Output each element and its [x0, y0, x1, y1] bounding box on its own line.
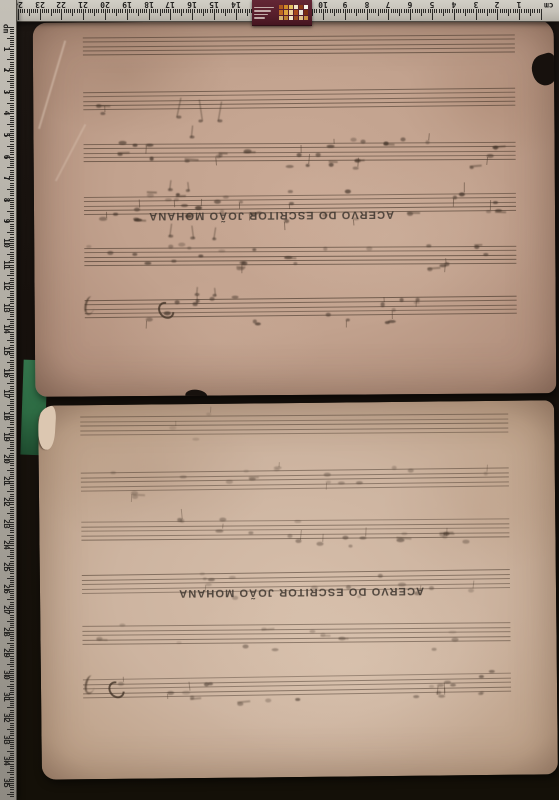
note-blob: [458, 192, 464, 196]
ruler-tick: [10, 617, 14, 618]
ruler-tick: [378, 9, 379, 16]
note-blob: [132, 252, 137, 256]
ruler-tick: [10, 137, 14, 138]
ruler-tick: [212, 9, 213, 13]
ruler-tick: [7, 664, 14, 665]
note-stem: [239, 203, 240, 210]
ruler-tick: [10, 690, 14, 691]
ruler-tick: [10, 409, 14, 410]
note-blob: [468, 588, 474, 592]
ruler-tick: [10, 727, 14, 728]
ruler-tick: [7, 556, 14, 557]
note-blob: [172, 259, 176, 263]
ruler-left-unit-label: cm: [1, 24, 10, 34]
ruler-left-number: 23: [2, 517, 10, 531]
ruler-tick: [90, 9, 91, 13]
note-stem: [299, 530, 301, 540]
ruler-tick: [10, 174, 14, 175]
beam-stroke: [237, 700, 250, 703]
ruler-left-number: 25: [2, 560, 10, 574]
ruler-tick: [164, 9, 165, 13]
ruler-tick: [10, 249, 14, 250]
ruler-tick: [380, 9, 381, 13]
ruler-tick: [10, 224, 14, 225]
ruler-tick: [362, 9, 363, 13]
ruler-tick: [495, 9, 496, 13]
ruler-tick: [199, 9, 200, 13]
ruler-tick: [10, 105, 14, 106]
ruler-tick: [541, 9, 542, 20]
ruler-tick: [10, 293, 14, 294]
ruler-tick: [7, 643, 14, 644]
staff-line: [83, 47, 515, 51]
note-stem: [131, 494, 133, 502]
ruler-tick: [249, 9, 250, 13]
ruler-tick: [74, 9, 75, 13]
ruler-tick: [10, 662, 14, 663]
staff-group: [38, 400, 554, 405]
ruler-tick: [10, 474, 14, 475]
note-blob: [426, 140, 430, 144]
ruler-tick: [79, 9, 80, 13]
ruler-tick: [10, 515, 14, 516]
ruler-tick: [10, 66, 14, 67]
ruler-tick: [10, 295, 14, 296]
beam-stroke: [117, 152, 129, 154]
note-blob: [242, 645, 248, 649]
note-blob: [329, 162, 334, 166]
ruler-tick: [61, 9, 62, 20]
note-blob: [493, 201, 498, 204]
ruler-tick: [524, 9, 525, 13]
note-blob: [429, 586, 435, 590]
color-patch: [294, 5, 298, 10]
ruler-tick: [452, 9, 453, 13]
ruler-tick: [179, 9, 180, 13]
ruler-tick: [7, 124, 14, 125]
ruler-tick: [467, 9, 468, 13]
ruler-tick: [423, 9, 424, 13]
note-stem: [284, 222, 286, 230]
ruler-top-number: 18: [142, 0, 156, 8]
ruler-tick: [447, 9, 448, 13]
color-patch: [279, 5, 283, 10]
ruler-top-number: 19: [120, 0, 134, 8]
ruler-tick: [391, 9, 392, 13]
ruler-left-number: 32: [2, 711, 10, 725]
ruler-tick: [10, 753, 14, 754]
color-patch: [304, 16, 308, 21]
ruler-tick: [10, 87, 14, 88]
note-stem: [365, 527, 367, 537]
ruler-tick: [57, 9, 58, 13]
ruler-tick: [160, 9, 161, 16]
ruler-tick: [162, 9, 163, 13]
ruler-top-number: 10: [316, 0, 330, 8]
ruler-tick: [10, 688, 14, 689]
ruler-tick: [340, 9, 341, 13]
ruler-tick: [136, 9, 137, 13]
beam-stroke: [407, 212, 420, 214]
ruler-left-number: 10: [2, 236, 10, 250]
ruler-tick: [37, 9, 38, 13]
ruler-tick: [10, 161, 14, 162]
ruler-tick: [537, 9, 538, 13]
ruler-tick: [371, 9, 372, 13]
note-blob: [200, 572, 205, 575]
music-staff: [81, 467, 509, 492]
ruler-tick: [10, 116, 14, 117]
note-blob: [176, 641, 182, 644]
ruler-tick: [27, 9, 28, 13]
note-blob: [208, 682, 214, 685]
ruler-tick: [72, 9, 73, 16]
ruler-tick: [245, 9, 246, 13]
ruler-tick: [10, 141, 14, 142]
pencil-scribble-head: [212, 237, 217, 240]
note-blob: [182, 691, 189, 695]
ruler-tick: [10, 321, 14, 322]
staff-line: [84, 159, 516, 162]
note-blob: [408, 468, 414, 472]
ruler-tick: [218, 9, 219, 13]
ruler-tick: [421, 9, 422, 16]
note-stem: [146, 320, 148, 328]
ruler-left-number: 20: [2, 452, 10, 466]
ruler-tick: [142, 9, 143, 13]
ruler-tick: [227, 9, 228, 13]
ruler-top-unit-label: cm: [544, 1, 554, 10]
pencil-scribble-head: [218, 119, 223, 122]
ruler-left-number: 26: [2, 582, 10, 596]
ruler-tick: [10, 165, 14, 166]
ruler-tick: [10, 537, 14, 538]
ruler-tick: [10, 40, 14, 41]
note-blob: [342, 535, 348, 539]
beam-stroke: [339, 637, 349, 639]
color-patch: [279, 16, 283, 21]
ruler-tick: [508, 9, 509, 16]
ruler-tick: [401, 9, 402, 13]
note-blob: [100, 112, 106, 116]
ruler-tick: [10, 705, 14, 706]
ruler-tick: [10, 33, 14, 34]
note-stem: [429, 133, 431, 140]
ruler-tick: [98, 9, 99, 13]
note-blob: [438, 695, 445, 698]
note-blob: [149, 157, 153, 161]
ruler-tick: [42, 9, 43, 13]
ruler-tick: [7, 319, 14, 320]
ruler-tick: [532, 9, 533, 13]
note-stem: [300, 145, 301, 153]
ruler-top-number: 6: [403, 0, 417, 8]
ruler-tick: [122, 9, 123, 13]
note-blob: [361, 140, 366, 144]
ruler-tick: [10, 595, 14, 596]
ruler-tick: [129, 9, 130, 13]
ruler-tick: [10, 144, 14, 145]
ruler-tick: [10, 131, 14, 132]
ruler-tick: [10, 204, 14, 205]
ruler-tick: [10, 57, 14, 58]
note-blob: [324, 473, 331, 477]
ruler-left: cm 1234567891011121314151617181920212223…: [0, 0, 17, 800]
ruler-left-number: 5: [2, 128, 10, 142]
ruler-tick: [96, 9, 97, 13]
ruler-tick: [10, 226, 14, 227]
ruler-tick: [10, 768, 14, 769]
ruler-tick: [360, 9, 361, 13]
beam-stroke: [176, 194, 186, 196]
color-patch: [284, 10, 288, 15]
ruler-tick: [10, 625, 14, 626]
ruler-tick: [463, 9, 464, 13]
ruler-tick: [412, 9, 413, 13]
color-patch: [294, 10, 298, 15]
ruler-tick: [487, 9, 488, 16]
ruler-tick: [10, 170, 14, 171]
ruler-tick: [29, 9, 30, 16]
ruler-tick: [10, 517, 14, 518]
ruler-tick: [10, 316, 14, 317]
note-blob: [484, 471, 488, 475]
ruler-tick: [456, 9, 457, 13]
ruler-left-number: 28: [2, 625, 10, 639]
note-blob: [181, 204, 188, 208]
ruler-tick: [7, 146, 14, 147]
ruler-tick: [10, 126, 14, 127]
archive-stamp: ACERVO DO ESCRITOR JOÃO MOHANA: [192, 585, 424, 599]
ruler-tick: [40, 9, 41, 20]
ruler-left-number: 7: [2, 171, 10, 185]
ruler-tick: [497, 9, 498, 20]
ruler-left-number: 19: [2, 430, 10, 444]
note-blob: [87, 245, 92, 248]
ruler-tick: [114, 9, 115, 13]
ruler-tick: [10, 118, 14, 119]
color-target-text-line: [254, 10, 271, 12]
color-patch: [299, 10, 303, 15]
ruler-tick: [31, 9, 32, 13]
ruler-tick: [7, 772, 14, 773]
ruler-tick: [64, 9, 65, 13]
beam-stroke: [427, 266, 440, 268]
ruler-tick: [53, 9, 54, 13]
color-target-text-line: [254, 14, 268, 16]
ruler-left-number: 31: [2, 690, 10, 704]
ruler-top-number: 8: [360, 0, 374, 8]
ruler-left-number: 14: [2, 322, 10, 336]
ruler-tick: [149, 9, 150, 20]
staff-line: [83, 636, 511, 641]
ruler-tick: [7, 470, 14, 471]
ruler-top-number: 2: [490, 0, 504, 8]
ruler-tick: [7, 535, 14, 536]
ruler-tick: [10, 94, 14, 95]
ruler-left-number: 27: [2, 603, 10, 617]
note-blob: [133, 144, 137, 147]
music-staff: [83, 34, 515, 55]
ruler-tick: [332, 9, 333, 13]
ruler-left-number: 9: [2, 214, 10, 228]
ruler-tick: [10, 44, 14, 45]
ruler-tick: [10, 509, 14, 510]
ruler-tick: [10, 152, 14, 153]
ruler-tick: [7, 383, 14, 384]
ruler-tick: [10, 55, 14, 56]
ruler-tick: [526, 9, 527, 13]
ruler-tick: [10, 258, 14, 259]
ruler-tick: [10, 31, 14, 32]
ruler-tick: [10, 666, 14, 667]
ruler-tick: [343, 9, 344, 13]
ruler-tick: [10, 109, 14, 110]
ruler-tick: [7, 491, 14, 492]
ruler-tick: [10, 489, 14, 490]
ruler-tick: [10, 139, 14, 140]
ruler-left-number: 30: [2, 668, 10, 682]
ruler-tick: [325, 9, 326, 13]
ruler-tick: [210, 9, 211, 13]
note-blob: [296, 153, 301, 157]
ruler-tick: [397, 9, 398, 13]
ruler-tick: [417, 9, 418, 13]
ruler-tick: [183, 9, 184, 13]
staff-line: [81, 486, 509, 492]
note-blob: [486, 210, 491, 213]
note-blob: [174, 300, 179, 304]
ruler-tick: [364, 9, 365, 13]
ruler-tick: [436, 9, 437, 13]
staff-line: [82, 631, 510, 636]
ruler-tick: [181, 9, 182, 16]
pencil-scribble-head: [198, 119, 203, 122]
ruler-tick: [480, 9, 481, 13]
ruler-tick: [214, 9, 215, 20]
note-stem: [490, 200, 492, 210]
ruler-tick: [349, 9, 350, 13]
pencil-scribble-head: [169, 235, 174, 238]
ruler-tick: [10, 381, 14, 382]
ruler-left-number: 18: [2, 409, 10, 423]
ruler-tick: [120, 9, 121, 13]
ruler-tick: [10, 195, 14, 196]
ruler-tick: [506, 9, 507, 13]
ruler-tick: [7, 362, 14, 363]
ruler-tick: [10, 407, 14, 408]
manuscript-page-top: ACERVO DO ESCRITOR JOÃO MOHANA: [33, 19, 557, 397]
note-blob: [295, 539, 301, 543]
color-calibration-target: [252, 0, 312, 26]
crease-line: [38, 40, 66, 129]
ruler-tick: [101, 9, 102, 13]
ruler-tick: [10, 230, 14, 231]
ruler-tick: [10, 623, 14, 624]
ruler-tick: [10, 256, 14, 257]
ruler-tick: [24, 9, 25, 13]
ruler-tick: [10, 552, 14, 553]
ruler-tick: [85, 9, 86, 13]
ruler-tick: [539, 9, 540, 13]
ruler-tick: [7, 513, 14, 514]
ruler-tick: [7, 448, 14, 449]
note-blob: [203, 578, 207, 581]
ruler-tick: [10, 208, 14, 209]
ruler-left-number: 4: [2, 106, 10, 120]
ruler-tick: [10, 148, 14, 149]
note-blob: [350, 138, 356, 142]
staff-line: [83, 641, 511, 646]
color-target-patch-grid: [279, 5, 309, 21]
ruler-tick: [168, 9, 169, 13]
ruler-tick: [316, 9, 317, 13]
note-blob: [188, 246, 192, 250]
ruler-tick: [10, 558, 14, 559]
ruler-tick: [10, 96, 14, 97]
ruler-tick: [166, 9, 167, 13]
ruler-top-number: 16: [185, 0, 199, 8]
torn-edge-notch: [38, 405, 57, 450]
ruler-tick: [393, 9, 394, 13]
ruler-tick: [428, 9, 429, 13]
ruler-tick: [454, 9, 455, 20]
ruler-tick: [373, 9, 374, 13]
color-patch: [289, 5, 293, 10]
ruler-tick: [10, 83, 14, 84]
ruler-tick: [46, 9, 47, 13]
beam-stroke: [244, 151, 256, 153]
ruler-tick: [432, 9, 433, 20]
ruler-tick: [338, 9, 339, 13]
staff-line: [83, 39, 515, 43]
pencil-scribble-head: [185, 189, 190, 192]
ruler-tick: [517, 9, 518, 13]
ruler-tick: [345, 9, 346, 20]
note-blob: [218, 249, 226, 252]
beam-stroke: [329, 160, 338, 162]
staff-line: [80, 414, 508, 418]
ruler-top-number: 22: [54, 0, 68, 8]
ruler-tick: [10, 163, 14, 164]
ruler-left-number: 12: [2, 279, 10, 293]
ruler-tick: [10, 429, 14, 430]
ruler-tick: [10, 580, 14, 581]
note-blob: [353, 166, 359, 170]
ruler-tick: [7, 81, 14, 82]
pencil-scribble-head: [176, 116, 181, 119]
crease-line: [55, 124, 86, 181]
staff-line: [83, 52, 515, 56]
ruler-tick: [513, 9, 514, 13]
ruler-tick: [528, 9, 529, 13]
color-patch: [279, 10, 283, 15]
note-blob: [483, 253, 488, 256]
ruler-top-number: 7: [381, 0, 395, 8]
ruler-tick: [10, 532, 14, 533]
ruler-top-number: 4: [447, 0, 461, 8]
ruler-tick: [207, 9, 208, 13]
ruler-tick: [144, 9, 145, 13]
note-blob: [177, 518, 182, 521]
ruler-tick: [430, 9, 431, 13]
note-blob: [169, 426, 176, 430]
ruler-tick: [10, 187, 14, 188]
ruler-tick: [7, 340, 14, 341]
ruler-tick: [10, 100, 14, 101]
staff-line: [82, 627, 510, 632]
music-staff: [80, 414, 508, 436]
